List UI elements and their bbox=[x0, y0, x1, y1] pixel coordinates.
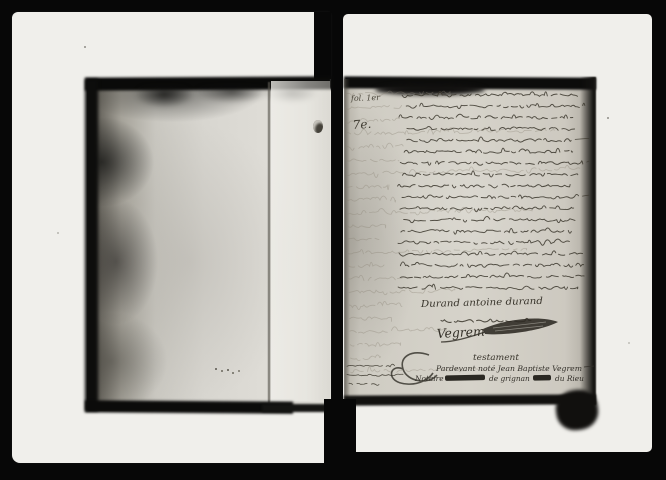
dust-speck bbox=[84, 46, 86, 48]
notary-word-place: de grignan bbox=[489, 374, 530, 383]
gutter-shadow-bottom bbox=[324, 399, 356, 469]
page-left-dark-edge bbox=[85, 79, 98, 411]
photo-print-right: fol. 1er 7e. Durand antoine durand Vegre… bbox=[343, 14, 652, 452]
dust-speck bbox=[607, 117, 609, 119]
vertical-crease bbox=[268, 82, 270, 403]
folio-label: fol. 1er bbox=[350, 93, 382, 103]
notary-line-1: Pardevant noté Jean Baptiste Vegrem bbox=[435, 364, 582, 373]
closing-name-line: Durand antoine durand bbox=[420, 296, 543, 310]
dust-speck bbox=[628, 342, 630, 344]
tiny-bottom-specks bbox=[215, 368, 217, 370]
notary-signature: Vegrem bbox=[436, 324, 485, 341]
handwriting-layer: fol. 1er 7e. Durand antoine durand Vegre… bbox=[345, 79, 595, 403]
left-blank-page bbox=[87, 79, 331, 411]
trailing-rule bbox=[584, 366, 594, 367]
small-ink-blot bbox=[313, 120, 323, 133]
doc-type-word: testament bbox=[473, 353, 520, 362]
page-number-label: 7e. bbox=[352, 117, 371, 132]
manuscript-page: fol. 1er 7e. Durand antoine durand Vegre… bbox=[345, 79, 595, 403]
dust-speck bbox=[57, 232, 59, 234]
page-bottom-dark-edge-right bbox=[262, 404, 332, 412]
struck-out-word bbox=[533, 375, 551, 381]
struck-out-word bbox=[445, 375, 485, 381]
notary-word-notaire: Notaire bbox=[414, 374, 444, 383]
photo-print-left bbox=[12, 12, 331, 463]
notary-word-end: du Rieu bbox=[555, 374, 584, 383]
signature-paraph-flourish bbox=[483, 318, 558, 334]
scanned-register-spread: fol. 1er 7e. Durand antoine durand Vegre… bbox=[0, 0, 666, 480]
body-handwriting bbox=[347, 92, 589, 386]
